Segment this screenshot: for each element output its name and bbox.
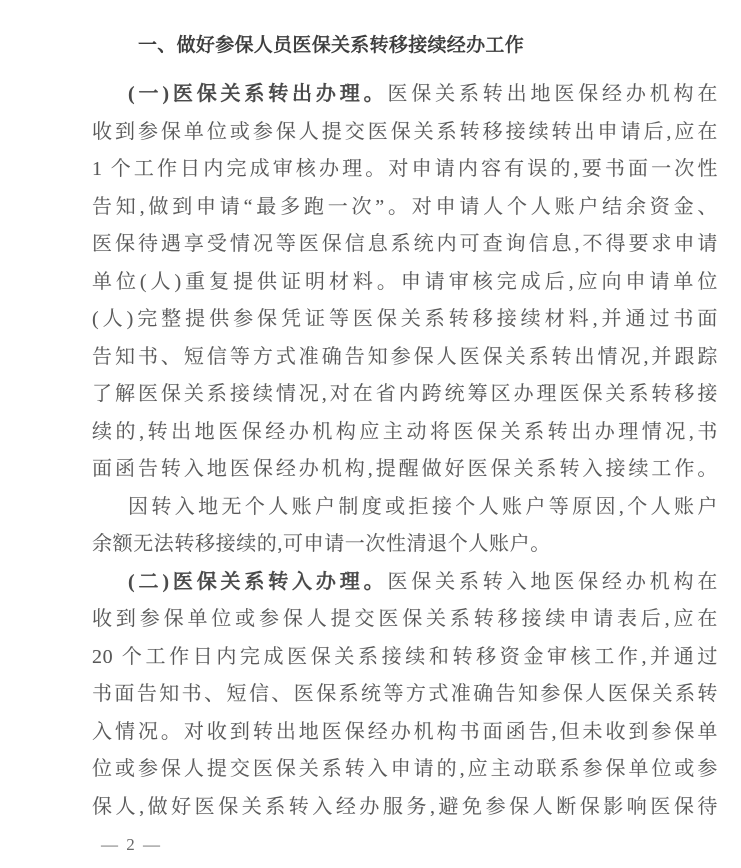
text-line: 20 个工作日内完成医保关系接续和转移资金审核工作,并通过: [92, 639, 718, 677]
line-text: 医保关系转出地医保经办机构在: [387, 83, 718, 105]
page-number: — 2 —: [101, 833, 162, 857]
text-line: 单位(人)重复提供证明材料。申请审核完成后,应向申请单位: [92, 264, 718, 302]
text-line: 了解医保关系接续情况,对在省内跨统筹区办理医保关系转移接: [92, 376, 718, 414]
text-line: 位或参保人提交医保关系转入申请的,应主动联系参保单位或参: [92, 751, 718, 789]
text-line: 保人,做好医保关系转入经办服务,避免参保人断保影响医保待: [92, 789, 718, 827]
text-line: 医保待遇享受情况等医保信息系统内可查询信息,不得要求申请: [92, 226, 718, 264]
text-line: (一)医保关系转出办理。医保关系转出地医保经办机构在: [92, 76, 718, 114]
text-line: 1 个工作日内完成审核办理。对申请内容有误的,要书面一次性: [92, 151, 718, 189]
subsection-lead: (二)医保关系转入办理。: [128, 571, 387, 593]
section-heading: 一、做好参保人员医保关系转移接续经办工作: [138, 32, 524, 59]
text-line: 收到参保单位或参保人提交医保关系转移接续申请表后,应在: [92, 601, 718, 639]
text-line: (二)医保关系转入办理。医保关系转入地医保经办机构在: [92, 564, 718, 602]
text-line: 因转入地无个人账户制度或拒接个人账户等原因,个人账户: [92, 489, 718, 527]
text-line: 续的,转出地医保经办机构应主动将医保关系转出办理情况,书: [92, 414, 718, 452]
document-body: (一)医保关系转出办理。医保关系转出地医保经办机构在收到参保单位或参保人提交医保…: [92, 76, 718, 826]
document-page: 一、做好参保人员医保关系转移接续经办工作 (一)医保关系转出办理。医保关系转出地…: [0, 0, 741, 868]
text-line: 入情况。对收到转出地医保经办机构书面函告,但未收到参保单: [92, 714, 718, 752]
text-line: 收到参保单位或参保人提交医保关系转移接续转出申请后,应在: [92, 114, 718, 152]
text-line: 告知,做到申请“最多跑一次”。对申请人个人账户结余资金、: [92, 189, 718, 227]
subsection-lead: (一)医保关系转出办理。: [128, 83, 387, 105]
text-line: 告知书、短信等方式准确告知参保人医保关系转出情况,并跟踪: [92, 339, 718, 377]
text-line: 余额无法转移接续的,可申请一次性清退个人账户。: [92, 526, 718, 564]
text-line: (人)完整提供参保凭证等医保关系转移接续材料,并通过书面: [92, 301, 718, 339]
text-line: 书面告知书、短信、医保系统等方式准确告知参保人医保关系转: [92, 676, 718, 714]
text-line: 面函告转入地医保经办机构,提醒做好医保关系转入接续工作。: [92, 451, 718, 489]
line-text: 医保关系转入地医保经办机构在: [387, 571, 718, 593]
